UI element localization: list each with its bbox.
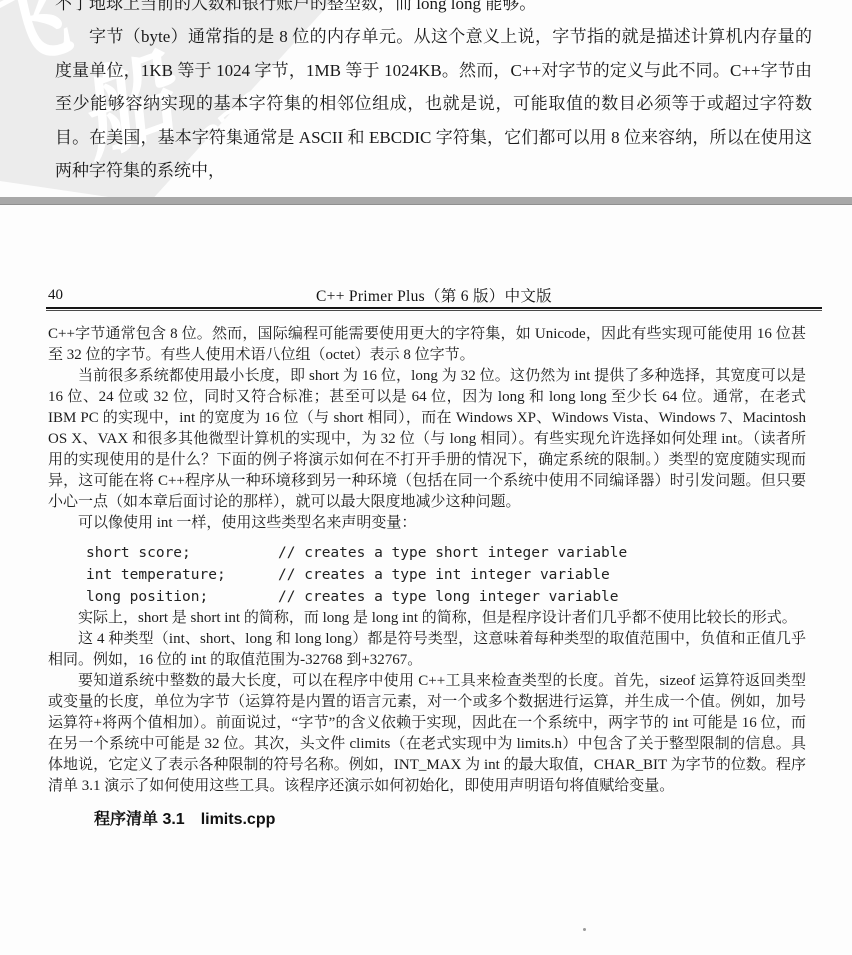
code-line-int: int temperature; // creates a type int i…	[86, 564, 806, 586]
page-header: 40 C++ Primer Plus（第 6 版）中文版	[46, 284, 822, 311]
body-paragraph-widths: 当前很多系统都使用最小长度，即 short 为 16 位，long 为 32 位…	[48, 366, 806, 513]
byte-definition-paragraph: 字节（byte）通常指的是 8 位的内存单元。从这个意义上说，字节指的就是描述计…	[55, 20, 812, 187]
code-line-short: short score; // creates a type short int…	[86, 542, 806, 564]
running-title: C++ Primer Plus（第 6 版）中文版	[46, 284, 822, 306]
header-row: 40 C++ Primer Plus（第 6 版）中文版	[46, 284, 822, 304]
page-top-fragment: 不了地球上当前的人数和银行账户的整型数，而 long long 能够。 字节（b…	[55, 0, 812, 187]
body-paragraph-shorthand: 实际上，short 是 short int 的简称，而 long 是 long …	[48, 608, 806, 629]
body-paragraph-declare-intro: 可以像使用 int 一样，使用这些类型名来声明变量：	[48, 513, 806, 534]
body-paragraph-signed-types: 这 4 种类型（int、short、long 和 long long）都是符号类…	[48, 629, 806, 671]
clipped-text-line: 不了地球上当前的人数和银行账户的整型数，而 long long 能够。	[55, 0, 812, 20]
listing-title: 程序清单 3.1 limits.cpp	[94, 809, 806, 830]
body-paragraph-bytes: C++字节通常包含 8 位。然而，国际编程可能需要使用更大的字符集，如 Unic…	[48, 324, 806, 366]
code-snippet: short score; // creates a type short int…	[48, 542, 806, 608]
document-page: 飞 船 PDG 不了地球上当前的人数和银行账户的整型数，而 long long …	[0, 0, 852, 955]
section-divider-band	[0, 197, 852, 205]
code-line-long: long position; // creates a type long in…	[86, 586, 806, 608]
scan-speck	[737, 142, 740, 145]
page-body: C++字节通常包含 8 位。然而，国际编程可能需要使用更大的字符集，如 Unic…	[48, 324, 806, 830]
body-paragraph-sizeof-climits: 要知道系统中整数的最大长度，可以在程序中使用 C++工具来检查类型的长度。首先，…	[48, 671, 806, 797]
page-number: 40	[48, 287, 63, 304]
header-rule	[46, 307, 822, 311]
scan-speck	[583, 928, 586, 931]
